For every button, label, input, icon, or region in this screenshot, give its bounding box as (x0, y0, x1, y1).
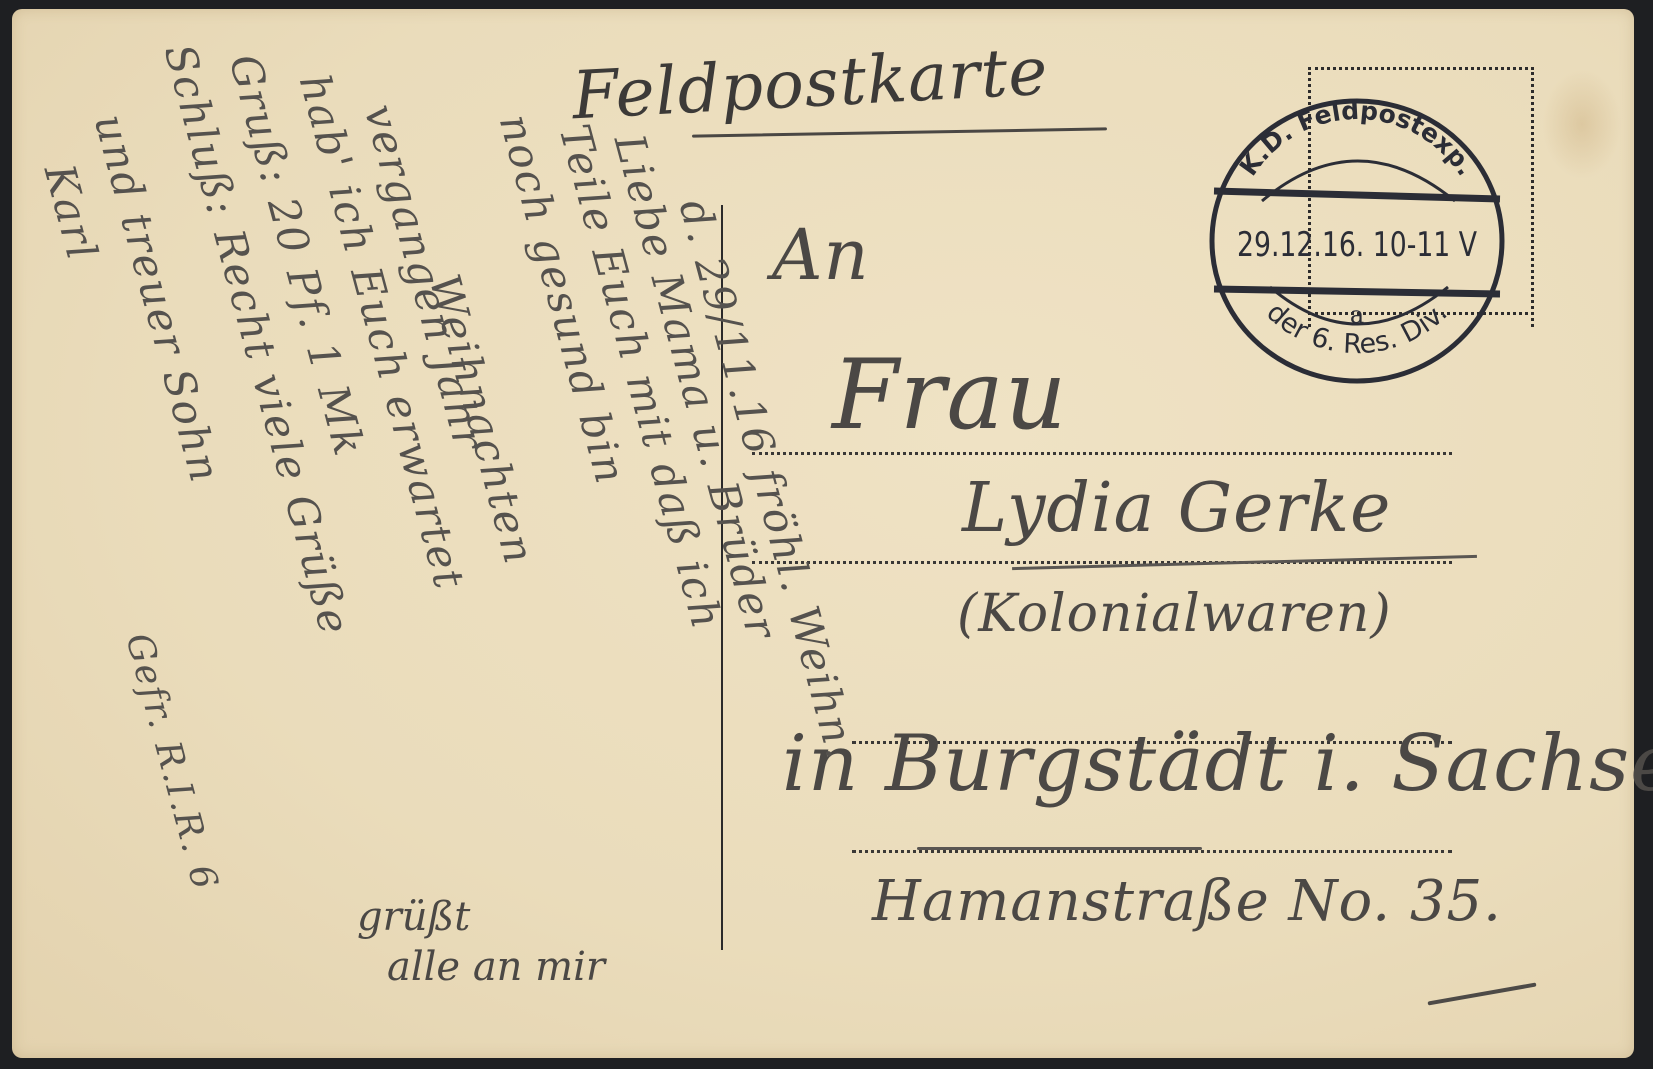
street-underline (1427, 982, 1536, 1005)
card-title-handwritten: Feldpostkarte (570, 33, 1050, 135)
address-recipient-name: Lydia Gerke (962, 469, 1391, 548)
message-sender-note: Gefr. R.I.R. 6 (117, 629, 225, 895)
address-recipient-title: Frau (832, 339, 1068, 451)
address-rule-2 (752, 561, 1452, 564)
address-recipient-note: (Kolonialwaren) (957, 584, 1392, 644)
message-closing-2: alle an mir (387, 944, 605, 990)
postmark-date: 29.12.16. 10-11 V (1237, 225, 1477, 265)
address-rule-4 (852, 850, 1452, 853)
svg-text:K.D. Feldpostexp.: K.D. Feldpostexp. (1234, 96, 1481, 181)
paper-stain (1542, 69, 1622, 179)
address-rule-1 (752, 452, 1452, 455)
city-underline (917, 847, 1202, 850)
postcard: Feldpostkarte K.D. Feldpostexp. der 6. R… (12, 9, 1634, 1058)
postmark-cancellation: K.D. Feldpostexp. der 6. Res. Div. 29.12… (1200, 91, 1514, 389)
postmark-top-arc: K.D. Feldpostexp. (1234, 96, 1481, 181)
message-closing-1: grüßt (357, 894, 470, 940)
address-street-line: Hamanstraße No. 35. (872, 869, 1502, 934)
address-salutation: An (772, 214, 870, 296)
title-underline (692, 127, 1107, 137)
message-line: Karl (35, 159, 108, 266)
postmark-letter: a (1350, 301, 1364, 329)
address-city-line: in Burgstädt i. Sachsen (782, 719, 1653, 809)
